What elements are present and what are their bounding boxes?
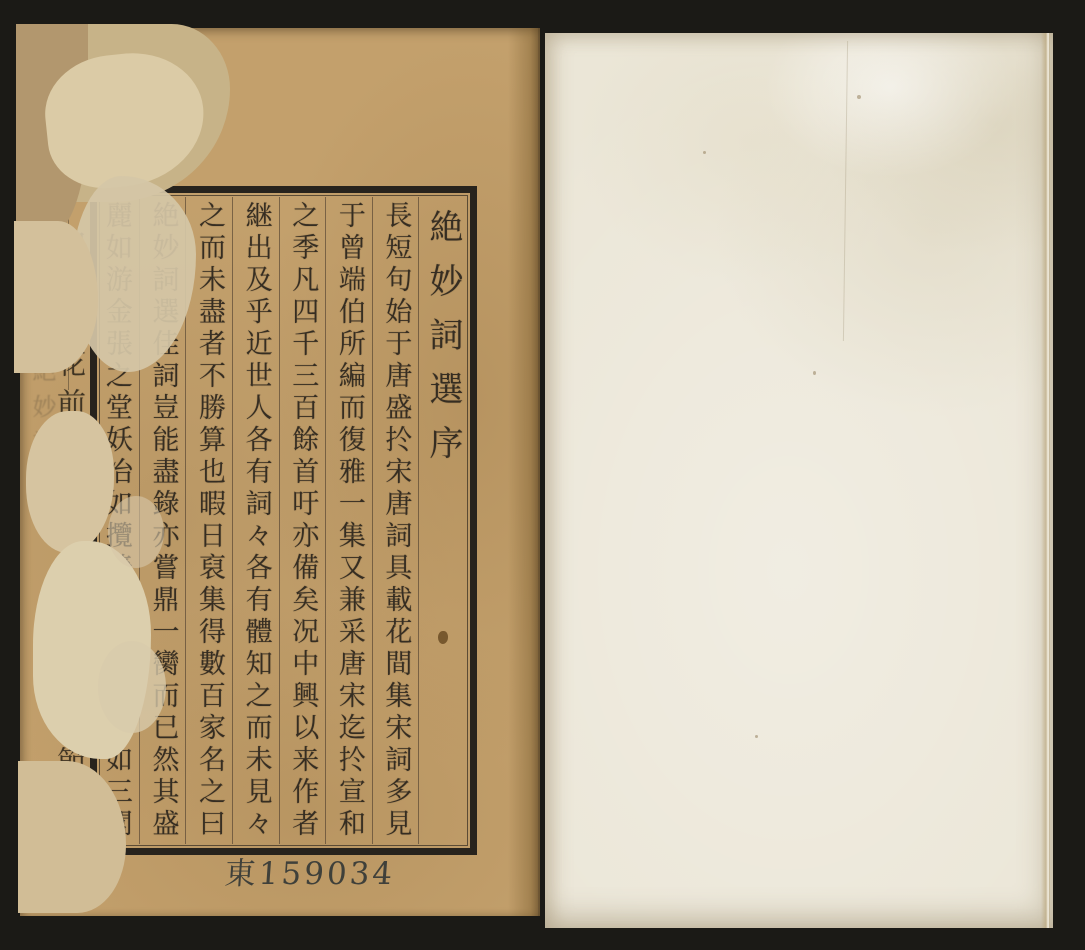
left-page: 絶妙詞選 如五陵花前月底舉 清 以合 節以紅 絶妙詞選序 長短句始于唐盛扵宋唐詞… [20,28,540,916]
text-column: 之而未盡者不勝算也暇日裒集得數百家名之曰 [186,197,233,844]
text-block-frame: 絶妙詞選序 長短句始于唐盛扵宋唐詞具載花間集宋詞多見 于曾端伯所編而復雅一集又兼… [90,186,477,855]
remnant-rule-line [42,190,43,365]
accession-number: 東159034 [223,848,396,893]
text-column: 長短句始于唐盛扵宋唐詞具載花間集宋詞多見 [373,197,420,844]
marginal-text-column: 如五陵花前月底舉 [50,228,90,548]
text-column: 于曾端伯所編而復雅一集又兼采唐宋迄扵宣和 [326,197,373,844]
paper-damage-patch [40,46,211,194]
text-column: 継出及乎近世人各有詞々各有體知之而未見々 [233,197,280,844]
text-column: 麗如游金張之堂妖冶如攬嬙施之袪悲壯如三閭 [93,197,140,844]
marginal-text-column: 以合 [50,598,90,678]
text-columns: 絶妙詞選序 長短句始于唐盛扵宋唐詞具載花間集宋詞多見 于曾端伯所編而復雅一集又兼… [101,197,466,844]
gutter-shadow [508,28,540,916]
page-stack-edge [1041,33,1050,928]
paper-speck [857,95,861,99]
paper-damage-patch [16,24,230,202]
paper-speck [755,735,758,738]
paper-damage-patch [16,24,88,236]
marginal-text-column: 節以紅 [50,746,90,866]
paper-speck [703,151,706,154]
text-column-title: 絶妙詞選序 [419,197,466,844]
text-column: 絶妙詞選佳詞豈能盡錄亦嘗鼎一臠而已然其盛 [140,197,187,844]
marginal-text-column: 清 [50,553,90,593]
page-crease [843,41,848,341]
paper-speck [813,371,816,375]
right-page [545,33,1053,928]
text-column: 之季凡四千三百餘首吁亦備矣况中興以来作者 [280,197,327,844]
scan-canvas: 絶妙詞選 如五陵花前月底舉 清 以合 節以紅 絶妙詞選序 長短句始于唐盛扵宋唐詞… [0,0,1085,950]
